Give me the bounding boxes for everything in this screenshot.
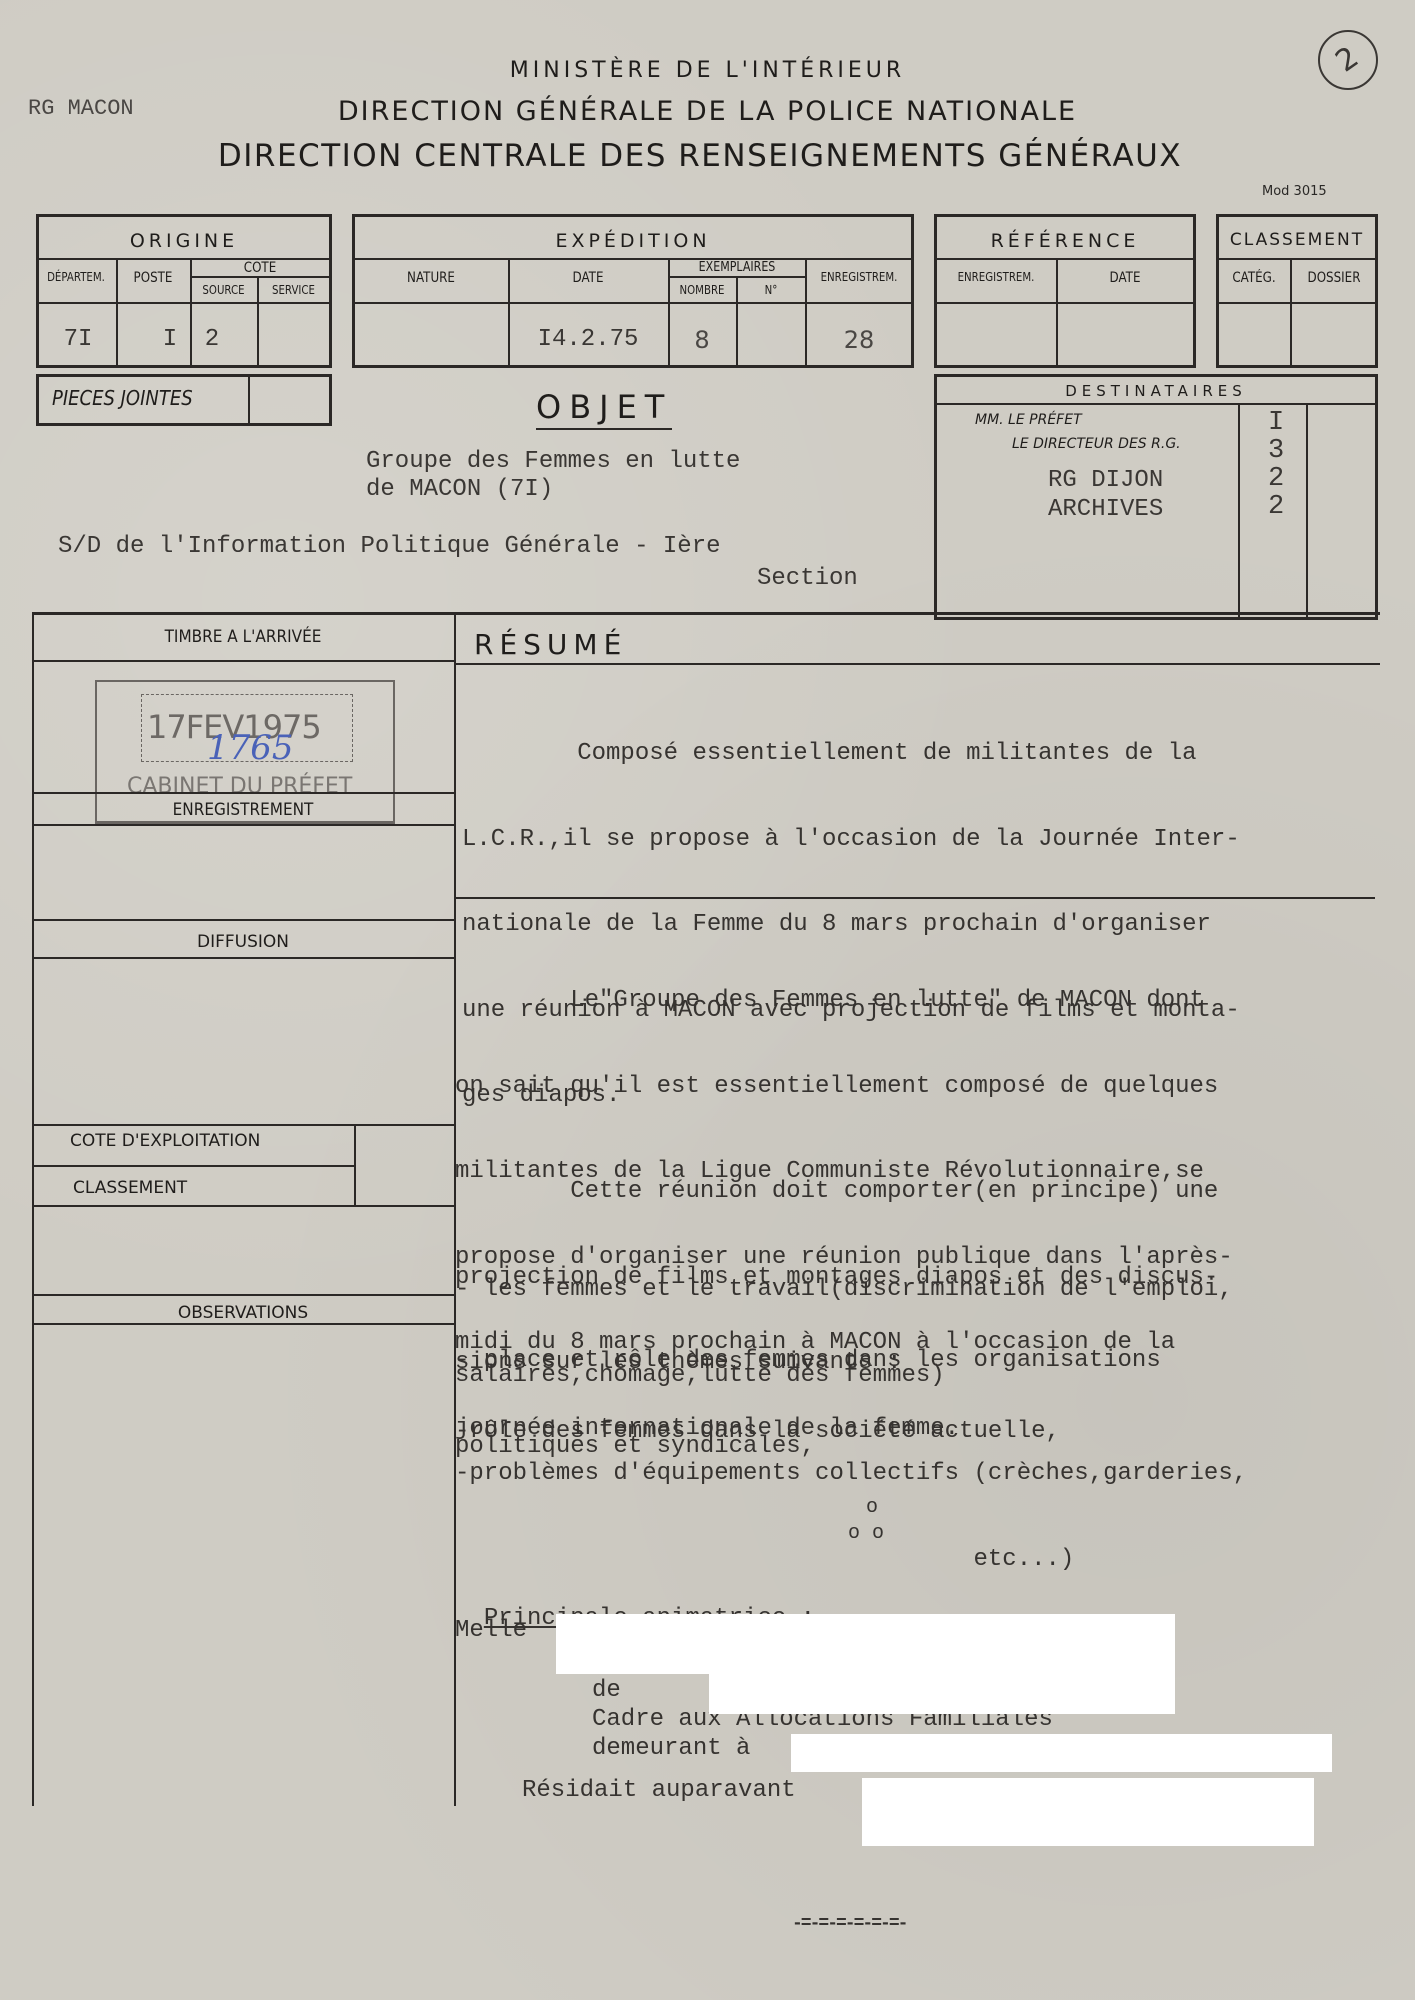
theme-line: -problèmes d'équipements collectifs (crè… <box>455 1460 1247 1489</box>
body-line: Cette réunion doit comporter(en principe… <box>455 1178 1218 1207</box>
redaction-birthdate <box>709 1674 1175 1714</box>
cote-exploitation-label: COTE D'EXPLOITATION <box>70 1131 260 1151</box>
pieces-jointes-label: PIECES JOINTES <box>52 386 193 410</box>
count-archives: 2 <box>1268 492 1284 522</box>
count-rg-dijon: 2 <box>1268 464 1284 494</box>
direction-generale-title: DIRECTION GÉNÉRALE DE LA POLICE NATIONAL… <box>0 96 1415 127</box>
redaction-address <box>791 1734 1332 1772</box>
demeurant-label: demeurant à <box>592 1735 750 1764</box>
expedition-title: EXPÉDITION <box>352 230 914 252</box>
destinataires-title: DESTINATAIRES <box>934 382 1378 400</box>
section-line-1: S/D de l'Information Politique Générale … <box>58 533 721 560</box>
circled-number: 2 <box>1324 32 1372 89</box>
enregistrement-value: 28 <box>805 326 913 354</box>
departement-value: 7I <box>40 326 116 353</box>
separator-bottom: o o <box>848 1520 884 1549</box>
count-directeur: 3 <box>1268 436 1284 466</box>
col-date: DATE <box>520 270 656 286</box>
objet-title: OBJET <box>536 388 672 430</box>
col-numero: N° <box>741 283 801 297</box>
body-line: on sait qu'il est essentiellement compos… <box>455 1073 1233 1102</box>
col-source: SOURCE <box>195 283 252 297</box>
col-poste: POSTE <box>122 270 185 286</box>
ministry-title: MINISTÈRE DE L'INTÉRIEUR <box>0 58 1415 83</box>
date-value: I4.2.75 <box>508 326 668 353</box>
objet-line-2: de MACON (7I) <box>366 476 553 503</box>
redaction-previous-address <box>862 1778 1314 1846</box>
col-dossier: DOSSIER <box>1297 270 1372 286</box>
separator-top: o <box>866 1494 878 1523</box>
ref-col-date: DATE <box>1066 270 1183 286</box>
objet-line-1: Groupe des Femmes en lutte <box>366 448 740 475</box>
end-mark: -=-=-=-=-=-=- <box>792 1910 906 1939</box>
circled-page-mark: 2 <box>1318 30 1378 90</box>
destinataire-archives: ARCHIVES <box>1048 496 1163 523</box>
col-nombre: NOMBRE <box>673 283 731 297</box>
residait-label: Résidait auparavant <box>522 1777 796 1806</box>
model-number: Mod 3015 <box>1262 184 1327 199</box>
origine-title: ORIGINE <box>36 230 332 252</box>
stamp-office: CABINET DU PRÉFET <box>127 774 352 799</box>
reference-title: RÉFÉRENCE <box>934 230 1196 252</box>
col-departement: DÉPARTEM. <box>40 270 111 284</box>
observations-label: OBSERVATIONS <box>32 1303 454 1323</box>
section-line-2: Section <box>757 565 858 592</box>
theme-4: -problèmes d'équipements collectifs (crè… <box>455 1403 1247 1603</box>
count-prefet: I <box>1268 408 1284 438</box>
theme-line: etc...) <box>455 1546 1247 1575</box>
stamp-handwritten-number: 1765 <box>207 728 294 768</box>
col-nature: NATURE <box>366 270 497 286</box>
classement-title: CLASSEMENT <box>1216 230 1378 250</box>
ref-col-enregistrement: ENREGISTREM. <box>945 270 1047 284</box>
enregistrement-label: ENREGISTREMENT <box>53 800 433 820</box>
destinataire-directeur: LE DIRECTEUR DES R.G. <box>1012 436 1181 452</box>
diffusion-label: DIFFUSION <box>32 932 454 952</box>
source-value: 2 <box>192 326 232 353</box>
body-line: Le"Groupe des Femmes en lutte" de MACON … <box>455 987 1233 1016</box>
destinataire-rg-dijon: RG DIJON <box>1048 467 1163 494</box>
resume-line: Composé essentiellement de militantes de… <box>462 740 1240 769</box>
main-frame-top <box>34 612 1380 615</box>
classement-label: CLASSEMENT <box>73 1178 187 1198</box>
col-cote: COTE <box>201 260 320 276</box>
timbre-arrivee-label: TIMBRE A L'ARRIVÉE <box>53 627 433 647</box>
col-categorie: CATÉG. <box>1223 270 1284 286</box>
col-enregistrement: ENREGISTREM. <box>813 270 905 284</box>
resume-title: RÉSUMÉ <box>474 628 627 661</box>
resume-line: L.C.R.,il se propose à l'occasion de la … <box>462 826 1240 855</box>
melle-label: Melle <box>455 1617 527 1646</box>
poste-value: I <box>150 326 190 353</box>
col-service: SERVICE <box>262 283 324 297</box>
destinataire-prefet: MM. LE PRÉFET <box>975 412 1082 428</box>
col-exemplaires: EXEMPLAIRES <box>678 260 795 275</box>
resume-divider <box>455 897 1375 899</box>
direction-centrale-title: DIRECTION CENTRALE DES RENSEIGNEMENTS GÉ… <box>40 138 1360 174</box>
redaction-name <box>556 1614 1175 1674</box>
de-label: de <box>592 1677 621 1706</box>
nombre-value: 8 <box>668 326 736 354</box>
